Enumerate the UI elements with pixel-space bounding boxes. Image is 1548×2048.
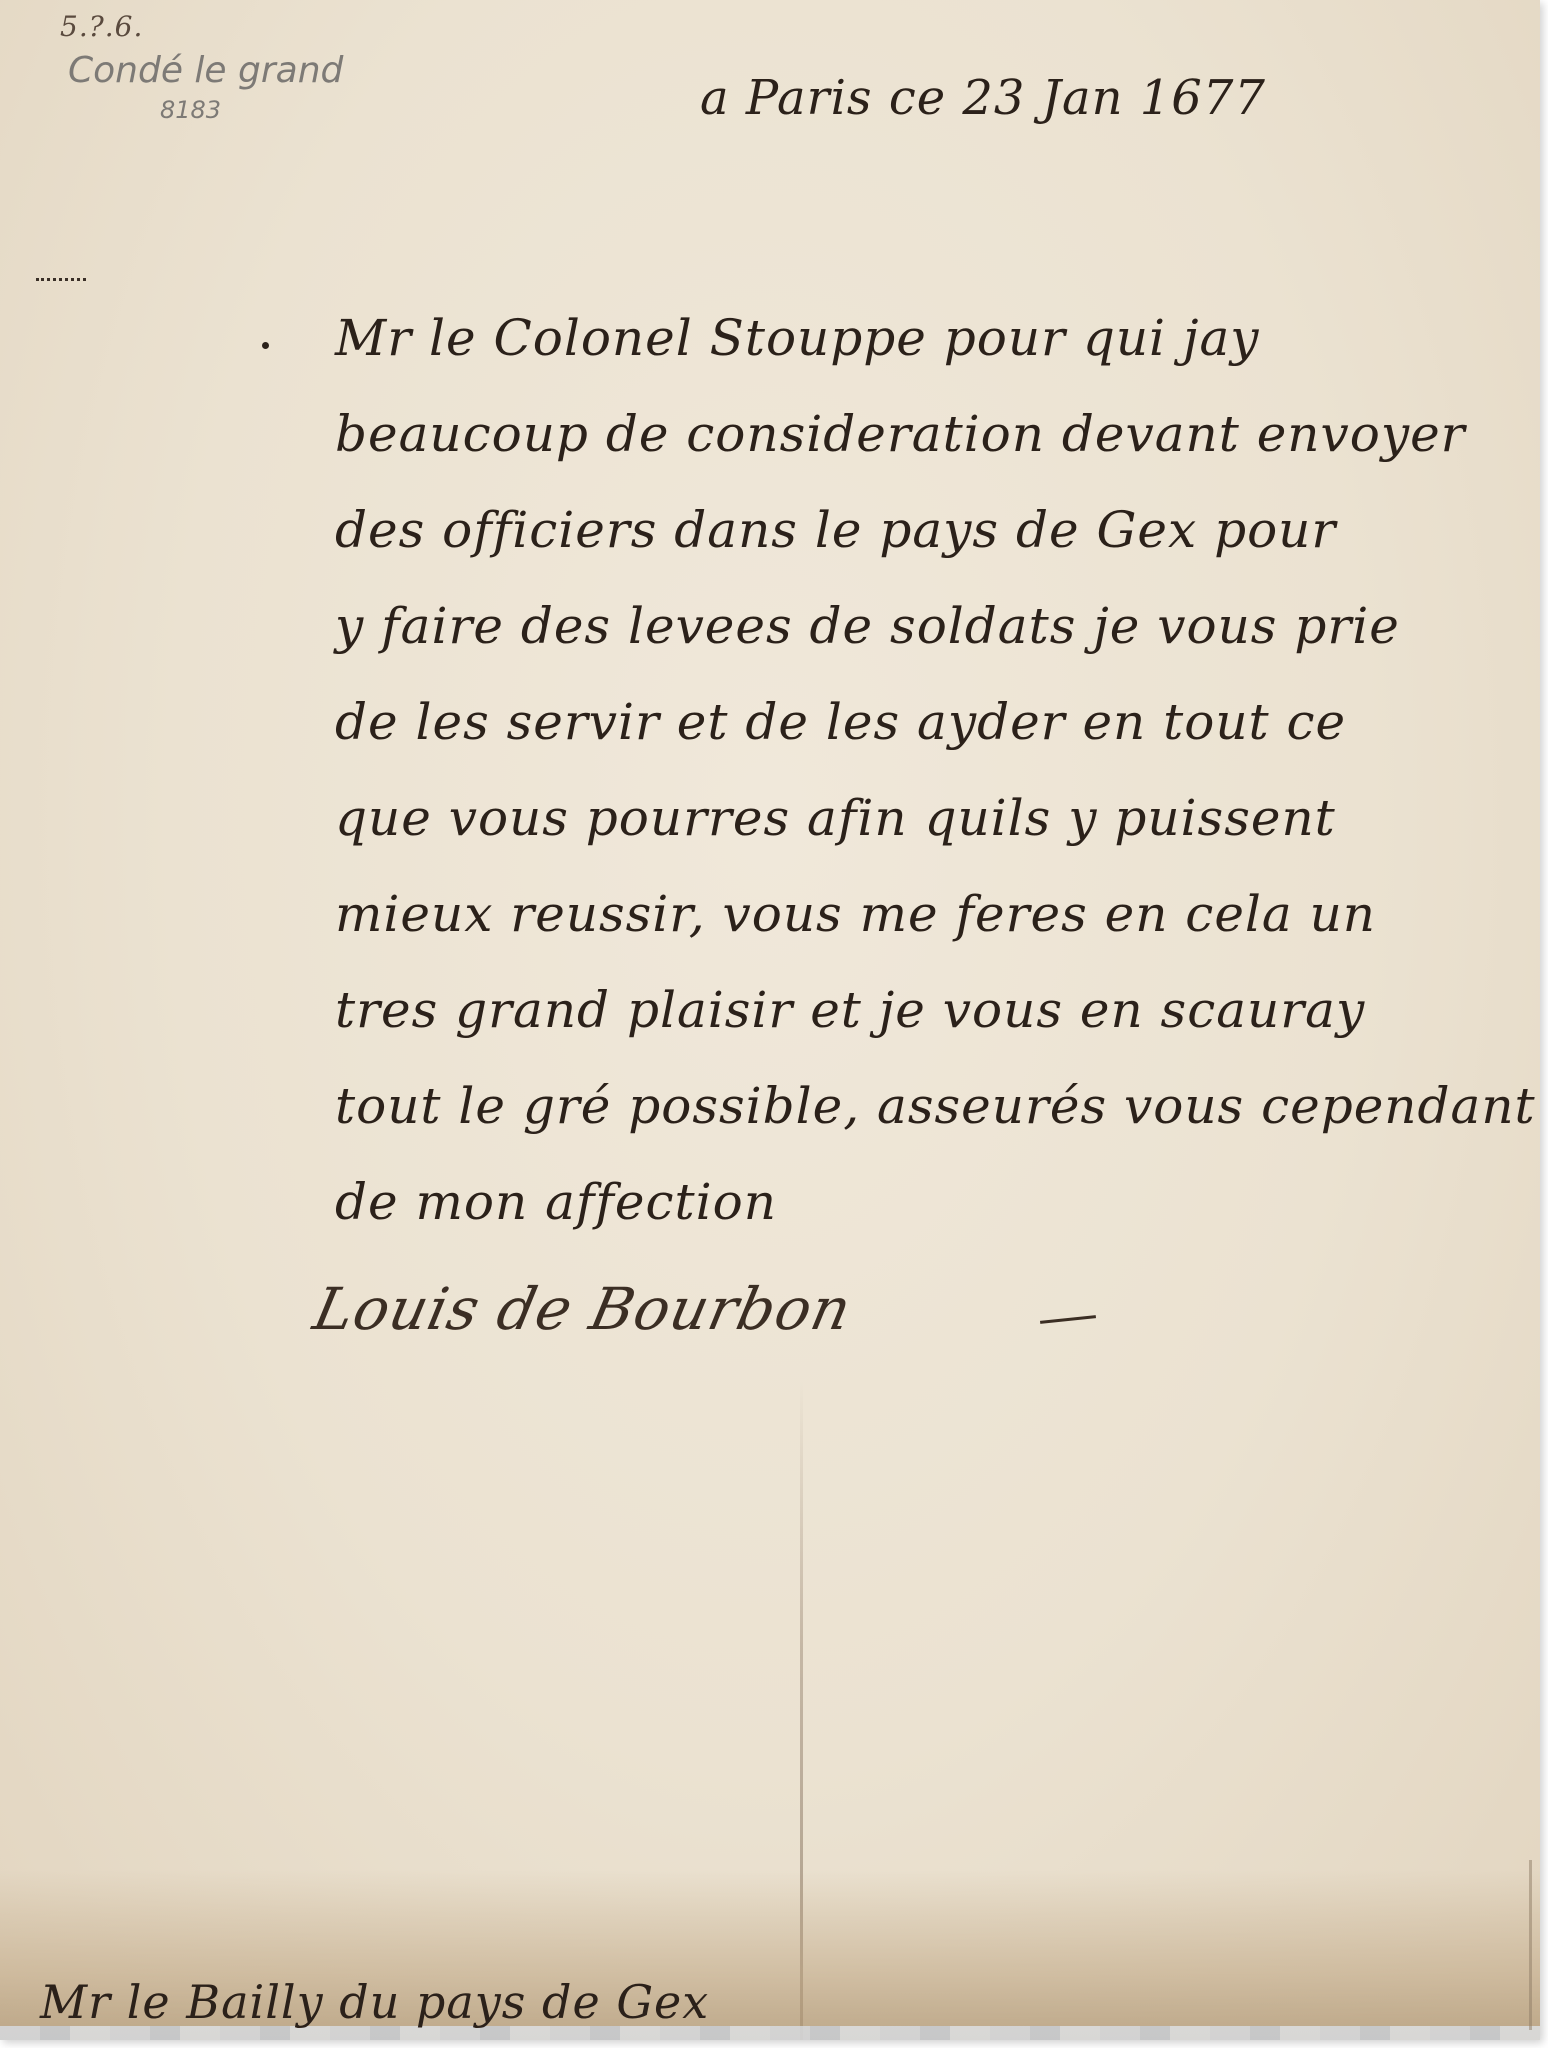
body-line: de mon affection (335, 1154, 1536, 1250)
paper-right-edge (1529, 1860, 1532, 2030)
letter-sheet: 5.?.6. Condé le grand 8183 a Paris ce 23… (0, 0, 1540, 2040)
body-line: de les servir et de les ayder en tout ce (335, 674, 1536, 770)
body-line: beaucoup de consideration devant envoyer (335, 386, 1536, 482)
signature-flourish (1040, 1315, 1096, 1324)
body-line: mieux reussir, vous me feres en cela un (335, 866, 1536, 962)
body-line: tout le gré possible, asseurés vous cepe… (335, 1058, 1536, 1154)
archival-reference: 5.?.6. (60, 10, 143, 43)
letter-body: Mr le Colonel Stouppe pour qui jay beauc… (335, 290, 1536, 1250)
signature: Louis de Bourbon (308, 1275, 858, 1343)
body-line: des officiers dans le pays de Gex pour (335, 482, 1536, 578)
margin-ink-mark (36, 278, 86, 287)
letter-dateline: a Paris ce 23 Jan 1677 (700, 70, 1266, 126)
body-line: que vous pourres afin quils y puissent (335, 770, 1536, 866)
ink-dot (262, 342, 269, 349)
archival-name-note: Condé le grand (68, 50, 343, 91)
address-line: Mr le Bailly du pays de Gex (40, 1975, 709, 2029)
body-line: y faire des levees de soldats je vous pr… (335, 578, 1536, 674)
body-line: Mr le Colonel Stouppe pour qui jay (335, 290, 1536, 386)
body-line: tres grand plaisir et je vous en scauray (335, 962, 1536, 1058)
archival-number: 8183 (160, 96, 221, 124)
